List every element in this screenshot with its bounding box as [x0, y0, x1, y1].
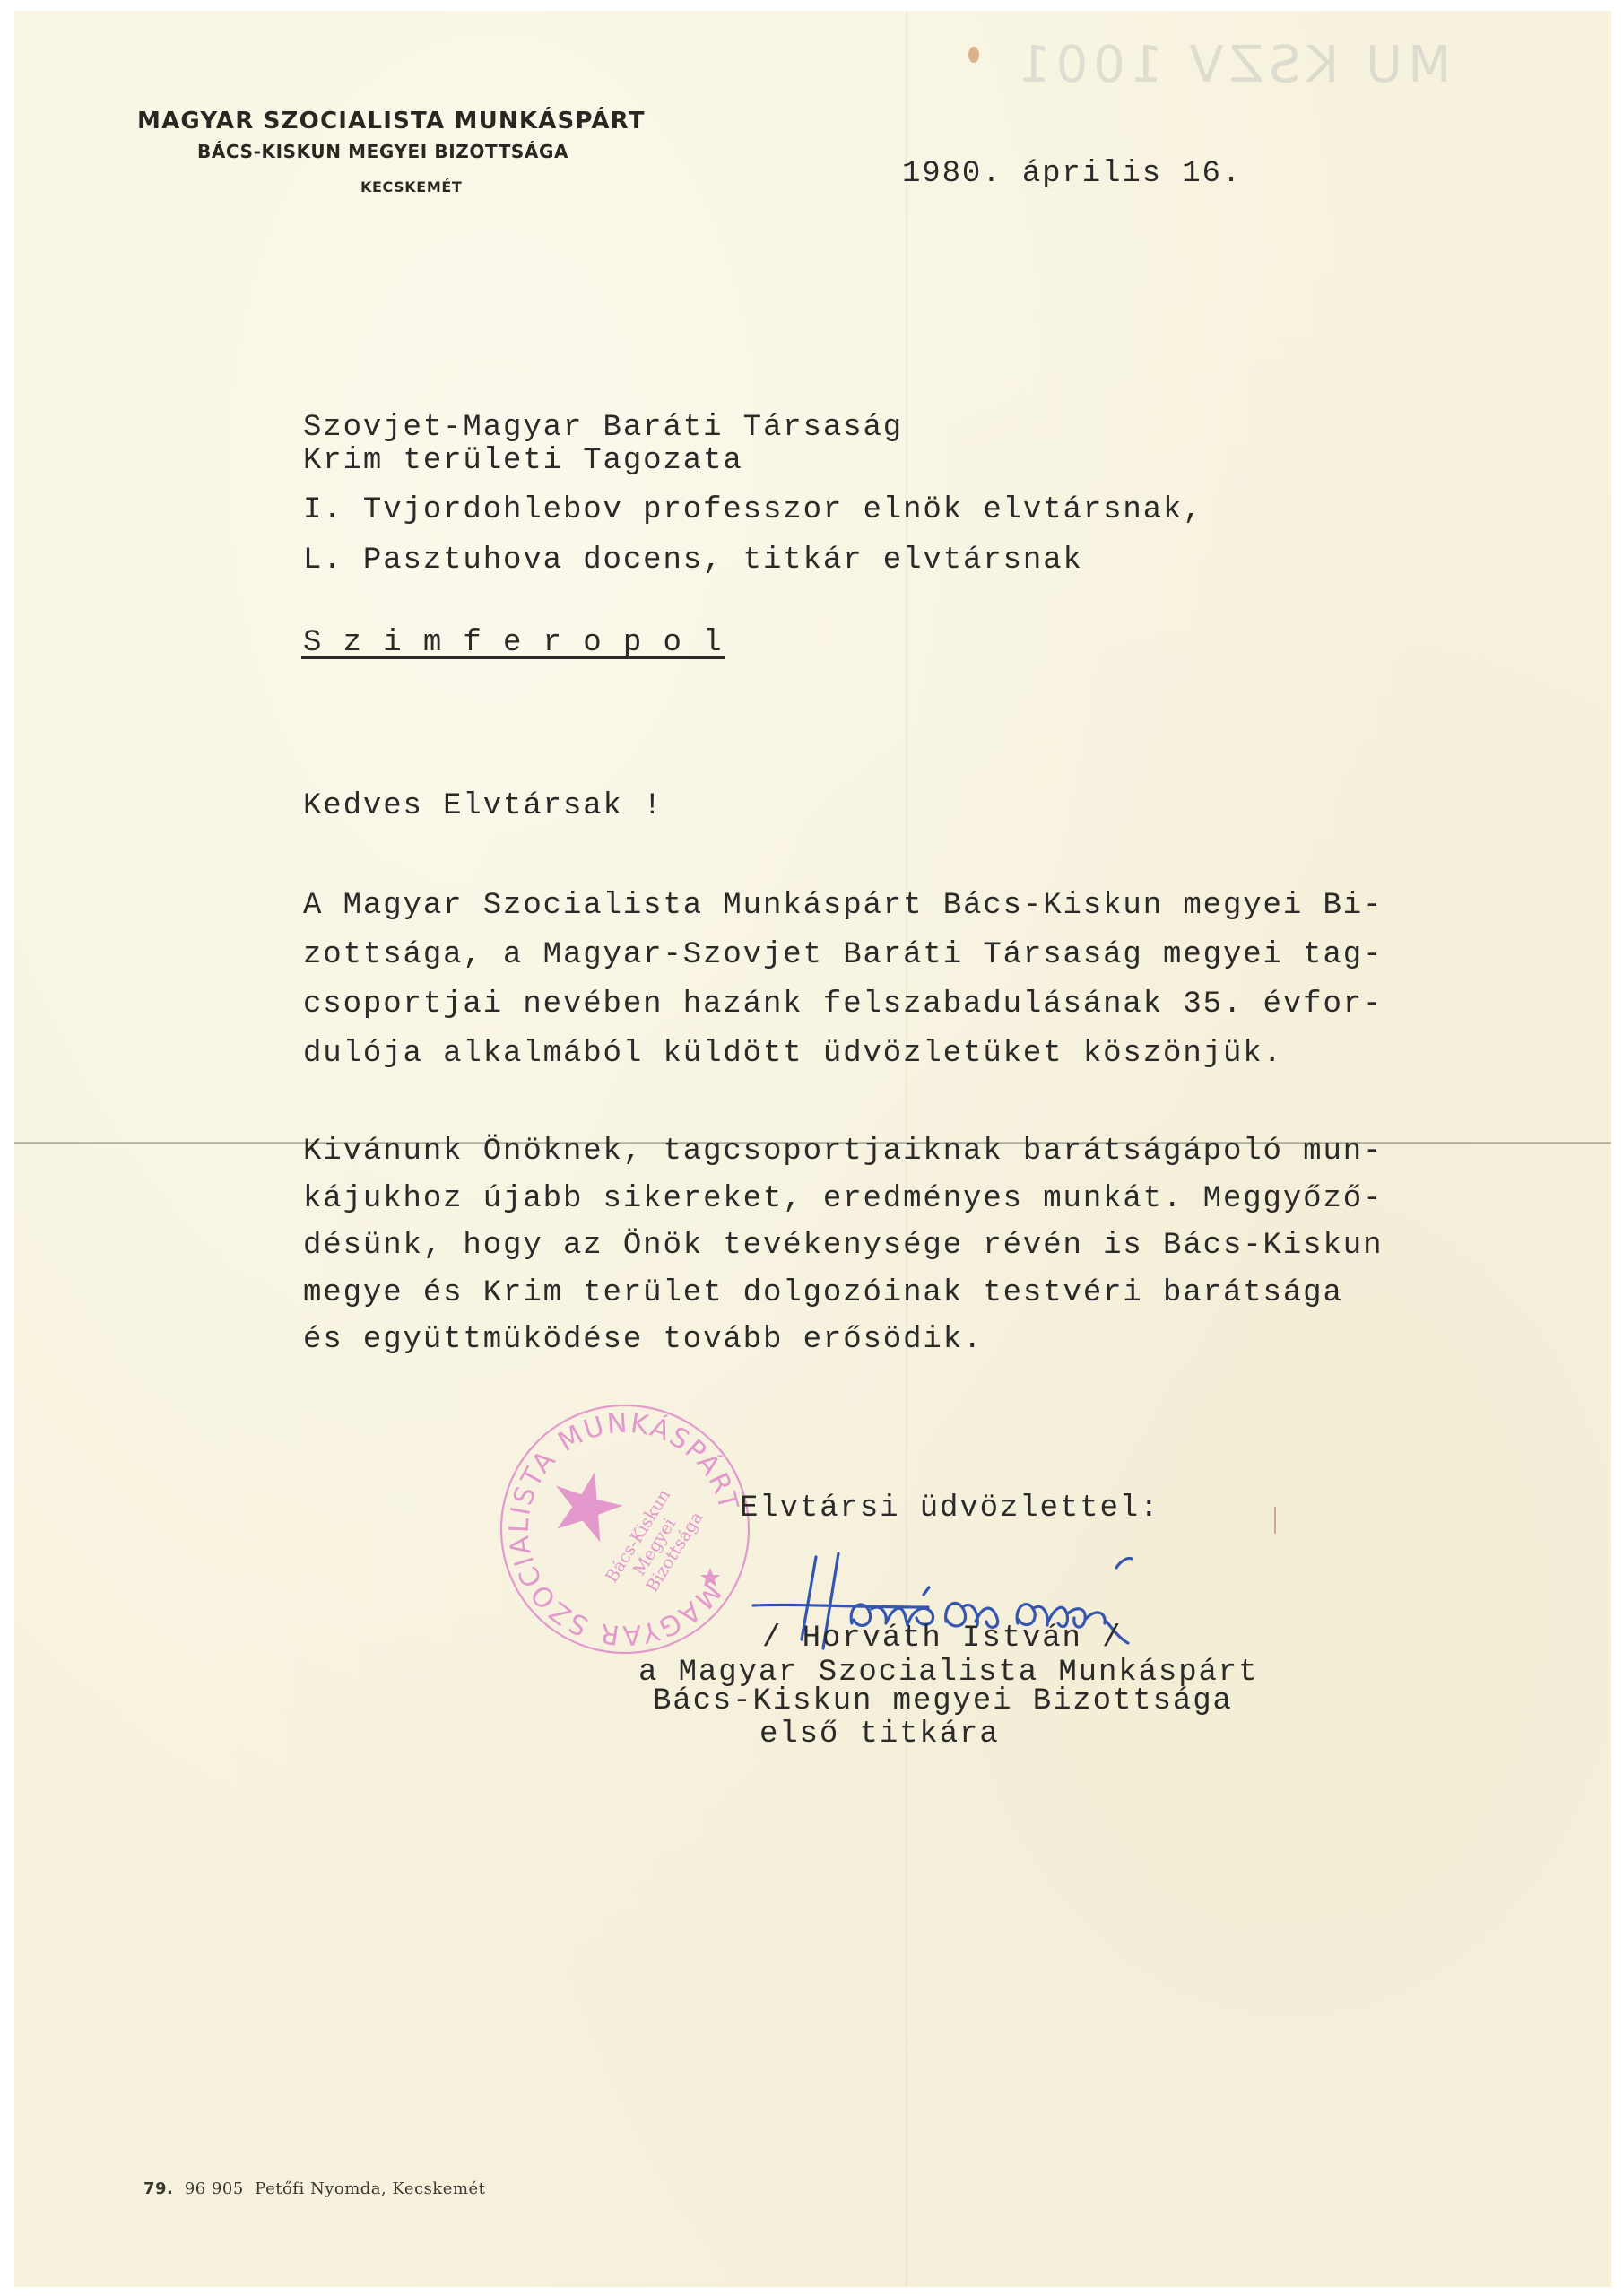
closing-phrase: Elvtársi üdvözlettel: — [740, 1493, 1159, 1524]
recipient-line: Szovjet-Magyar Baráti Társaság — [303, 413, 903, 443]
party-stamp: MAGYAR SZOCIALISTA MUNKÁSPÁRT Bács-Kisku… — [499, 1403, 751, 1656]
signatory-title-line: a Magyar Szocialista Munkáspárt — [638, 1657, 1258, 1688]
imprint-number: 96 905 — [185, 2179, 244, 2198]
letterhead-committee: BÁCS-KISKUN MEGYEI BIZOTTSÁGA — [197, 141, 568, 162]
body-line: dulója alkalmából küldött üdvözletüket k… — [303, 1039, 1283, 1069]
paper-stain — [968, 47, 979, 63]
body-line: és együttmüködése tovább erősödik. — [303, 1325, 983, 1355]
signatory-title-line: első titkára — [759, 1719, 1000, 1750]
body-line: zottsága, a Magyar-Szovjet Baráti Társas… — [303, 940, 1383, 970]
back-side-show-through: MU KSZV 1001 — [1013, 36, 1451, 94]
signatory-name: / Horváth István / — [762, 1623, 1122, 1654]
city-underline — [301, 656, 725, 659]
pencil-mark — [1274, 1507, 1276, 1534]
body-line: kájukhoz újabb sikereket, eredményes mun… — [303, 1184, 1383, 1214]
body-line: megye és Krim terület dolgozóinak testvé… — [303, 1278, 1343, 1309]
stamp-outer-text: MAGYAR SZOCIALISTA MUNKÁSPÁRT — [499, 1403, 751, 1656]
salutation: Kedves Elvtársak ! — [303, 791, 663, 822]
recipient-city: S z i m f e r o p o l — [303, 628, 723, 658]
recipient-line: L. Pasztuhova docens, titkár elvtársnak — [303, 545, 1083, 576]
letterhead-city: KECSKEMÉT — [360, 178, 462, 196]
recipient-line: Krim területi Tagozata — [303, 446, 743, 476]
letter-date: 1980. április 16. — [902, 159, 1242, 189]
imprint-code: 79. — [143, 2179, 173, 2198]
printer-imprint: 79. 96 905 Petőfi Nyomda, Kecskemét — [143, 2179, 485, 2198]
svg-text:MAGYAR SZOCIALISTA MUNKÁSPÁRT: MAGYAR SZOCIALISTA MUNKÁSPÁRT — [499, 1403, 751, 1656]
star-icon — [544, 1463, 629, 1545]
recipient-line: I. Tvjordohlebov professzor elnök elvtár… — [303, 495, 1203, 526]
letterhead-party-name: MAGYAR SZOCIALISTA MUNKÁSPÁRT — [137, 108, 646, 135]
signatory-title-line: Bács-Kiskun megyei Bizottsága — [653, 1686, 1233, 1717]
imprint-printer: Petőfi Nyomda, Kecskemét — [255, 2179, 485, 2198]
body-line: A Magyar Szocialista Munkáspárt Bács-Kis… — [303, 891, 1383, 921]
body-line: désünk, hogy az Önök tevékenysége révén … — [303, 1231, 1383, 1261]
body-line: Kivánunk Önöknek, tagcsoportjaiknak bará… — [303, 1136, 1383, 1167]
body-line: csoportjai nevében hazánk felszabadulásá… — [303, 989, 1383, 1020]
